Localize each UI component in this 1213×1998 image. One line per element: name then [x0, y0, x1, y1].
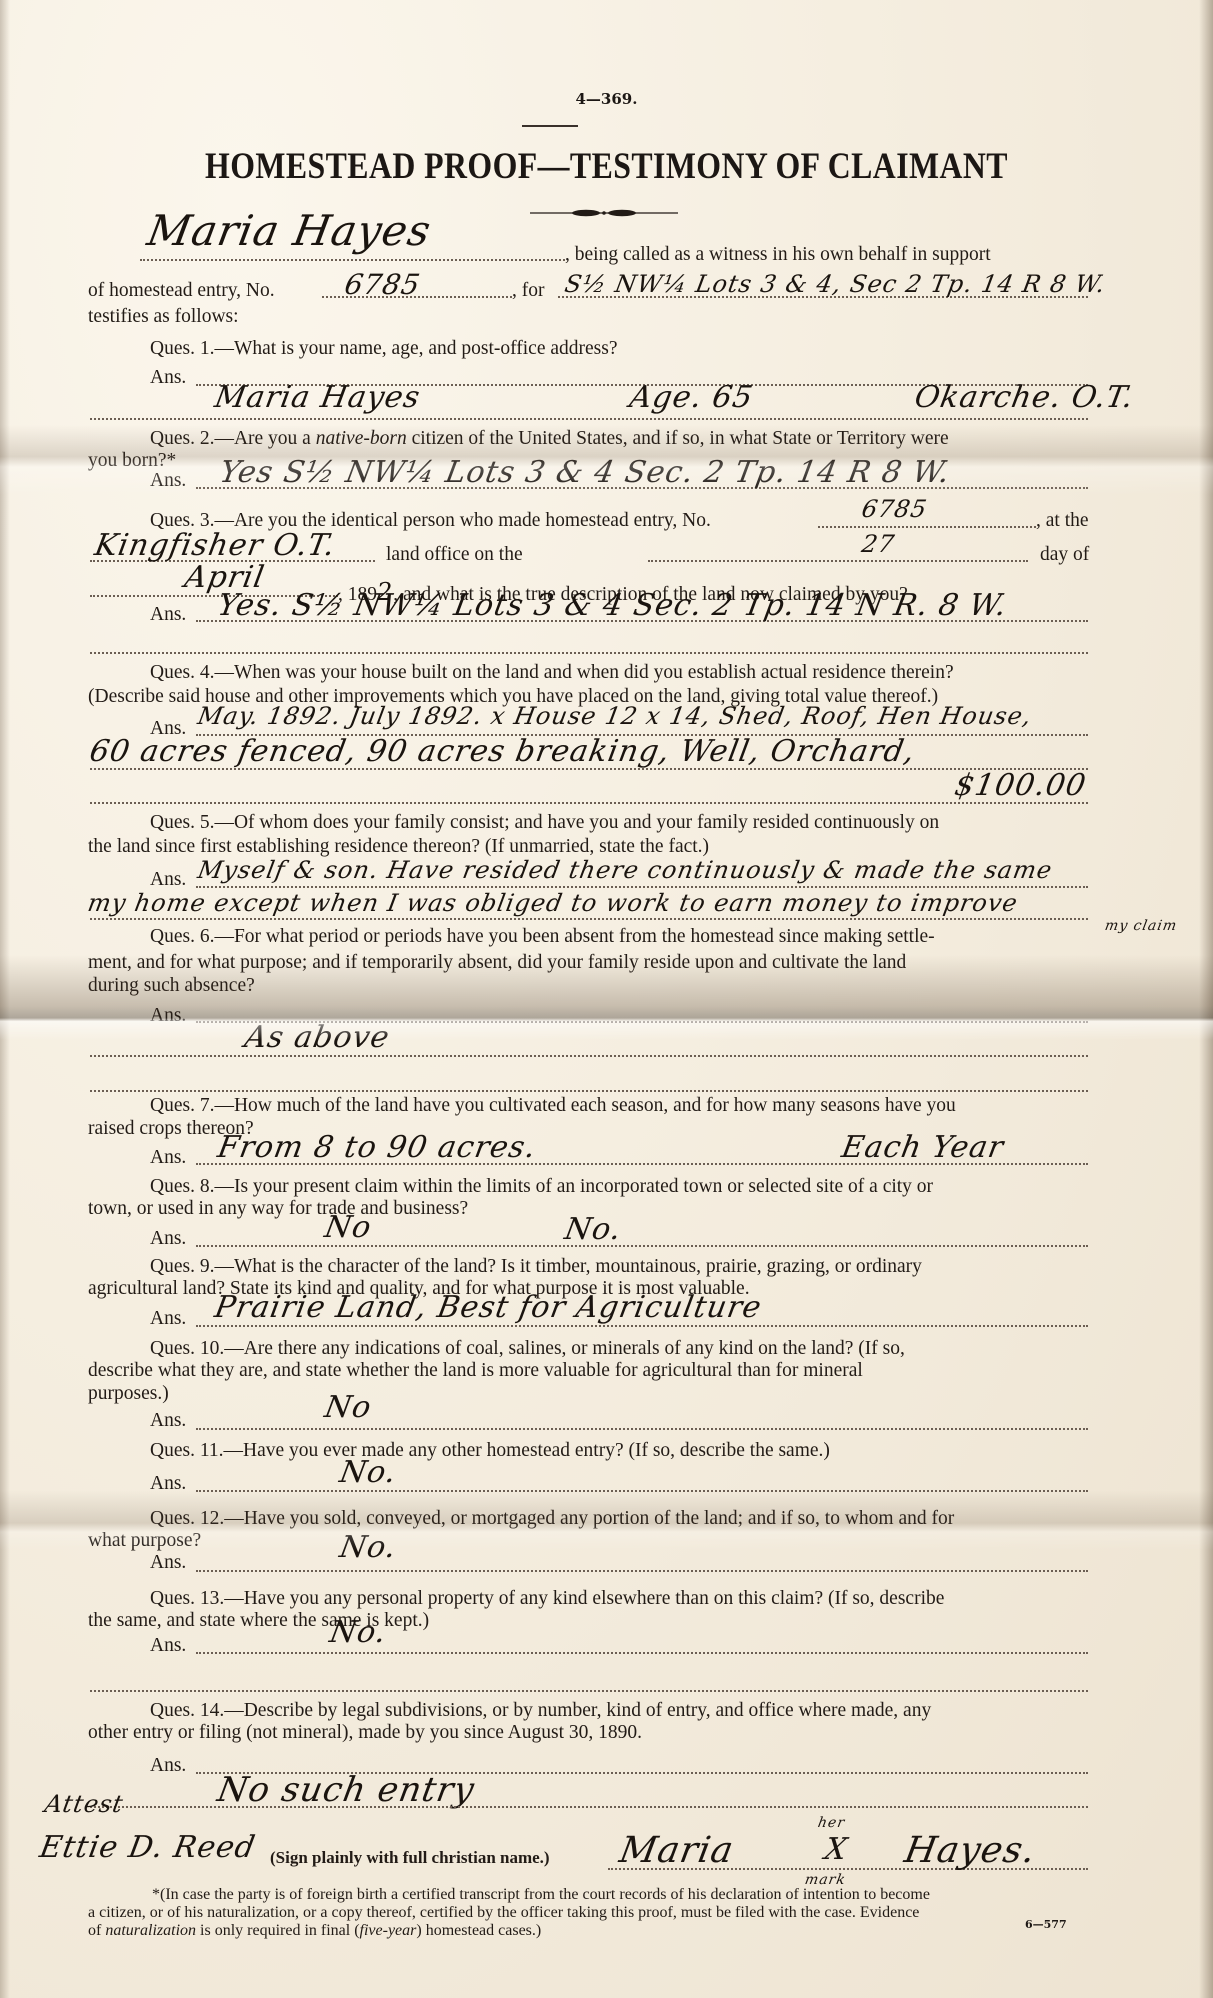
question-14-number: Ques. 14. [150, 1700, 224, 1721]
answer-14-label: Ans. [150, 1755, 186, 1777]
form-number: 4—369. [0, 90, 1213, 108]
question-11-number: Ques. 11. [150, 1440, 223, 1461]
question-10-line2: describe what they are, and state whethe… [88, 1360, 863, 1382]
claimant-signature-first: Maria [616, 1830, 737, 1871]
question-1: Ques. 1.—What is your name, age, and pos… [150, 338, 618, 360]
intro-line3-text: testifies as follows: [88, 306, 239, 328]
question-2: Ques. 2.—Are you a native-born citizen o… [150, 428, 949, 450]
question-9-line1: Ques. 9.—What is the character of the la… [150, 1256, 922, 1278]
paper-edge-right [1199, 0, 1213, 1998]
question-6-line3: during such absence? [88, 975, 255, 997]
answer-6-label: Ans. [150, 1005, 186, 1027]
claimant-name-handwritten: Maria Hayes [144, 206, 435, 255]
answer-3-entry-number: 6785 [860, 495, 930, 523]
question-12-number: Ques. 12. [150, 1508, 224, 1529]
answer-6-line-c [90, 1090, 1088, 1092]
answer-7-acres: From 8 to 90 acres. [215, 1130, 539, 1165]
answer-2-handwritten: Yes S½ NW¼ Lots 3 & 4 Sec. 2 Tp. 14 R 8 … [217, 455, 953, 490]
question-11-line1: Ques. 11.—Have you ever made any other h… [150, 1440, 830, 1462]
question-10-text-1: —Are there any indications of coal, sali… [224, 1338, 905, 1359]
answer-3-land-office: Kingfisher O.T. [92, 528, 338, 563]
paper-edge-left [0, 0, 10, 1998]
answer-13-line-b [90, 1690, 1088, 1692]
question-2-italic: native-born [316, 428, 407, 449]
question-10-line1: Ques. 10.—Are there any indications of c… [150, 1338, 905, 1360]
answer-4-line1: May. 1892. July 1892. x House 12 x 14, S… [196, 702, 1035, 730]
question-7-number: Ques. 7. [150, 1095, 214, 1116]
answer-4-line-c [90, 802, 1088, 804]
answer-12-label: Ans. [150, 1552, 186, 1574]
answer-2-label: Ans. [150, 470, 186, 492]
header-rule [522, 125, 578, 127]
answer-4-value: $100.00 [952, 768, 1089, 803]
footnote-line2: a citizen, or of his naturalization, or … [88, 1904, 919, 1922]
question-7-text-1: —How much of the land have you cultivate… [214, 1095, 955, 1116]
answer-9-handwritten: Prairie Land, Best for Agriculture [212, 1290, 765, 1325]
intro-line1-text: , being called as a witness in his own b… [565, 244, 991, 266]
answer-6-line-b [90, 1055, 1088, 1057]
question-2-number: Ques. 2. [150, 428, 214, 449]
answer-4-line2: 60 acres fenced, 90 acres breaking, Well… [87, 734, 918, 769]
homestead-proof-document: 4—369. HOMESTEAD PROOF—TESTIMONY OF CLAI… [0, 0, 1213, 1998]
question-12-line1: Ques. 12.—Have you sold, conveyed, or mo… [150, 1508, 954, 1530]
answer-6-handwritten: As above [242, 1020, 393, 1055]
answer-1-age: Age. 65 [627, 380, 756, 415]
answer-12-handwritten: No. [337, 1530, 399, 1565]
attest-label: Attest [43, 1790, 126, 1818]
question-4-line1: Ques. 4.—When was your house built on th… [150, 662, 954, 684]
answer-3-label: Ans. [150, 604, 186, 626]
question-4-text-1: —When was your house built on the land a… [214, 662, 953, 683]
intro-line2-prefix: of homestead entry, No. [88, 280, 275, 302]
question-13-text-1: —Have you any personal property of any k… [224, 1588, 944, 1609]
footnote-line3-italic: naturalization [105, 1922, 196, 1939]
question-6-line1: Ques. 6.—For what period or periods have… [150, 926, 935, 948]
answer-3-entry-line [818, 526, 1036, 528]
answer-13-handwritten: No. [327, 1615, 389, 1650]
footer-code: 6—577 [1025, 1918, 1067, 1931]
answer-1-name: Maria Hayes [212, 380, 423, 415]
question-2-text-a: —Are you a [214, 428, 315, 449]
answer-1-line-b [90, 418, 1088, 420]
answer-7-label: Ans. [150, 1147, 186, 1169]
answer-7-seasons: Each Year [839, 1130, 1007, 1165]
entry-number-handwritten: 6785 [342, 268, 423, 301]
answer-8-a: No [322, 1210, 374, 1245]
answer-8-line [196, 1245, 1088, 1247]
question-13-line1: Ques. 13.—Have you any personal property… [150, 1588, 944, 1610]
answer-12-line [196, 1570, 1088, 1572]
question-11-text-1: —Have you ever made any other homestead … [223, 1440, 829, 1461]
answer-11-line [196, 1490, 1088, 1492]
answer-5-line1: Myself & son. Have resided there continu… [196, 856, 1055, 884]
question-6-number: Ques. 6. [150, 926, 214, 947]
question-8-line2: town, or used in any way for trade and b… [88, 1198, 468, 1220]
footnote-line3-b: is only required in final ( [196, 1922, 360, 1939]
answer-14-handwritten: No such entry [214, 1770, 477, 1810]
question-3-text-d: day of [1040, 544, 1089, 566]
question-5-line2: the land since first establishing reside… [88, 836, 709, 858]
answer-3-line-b [90, 652, 1088, 654]
answer-10-handwritten: No [322, 1390, 374, 1425]
intro-line2-mid: , for [512, 280, 545, 302]
question-2-text-b: citizen of the United States, and if so,… [407, 428, 949, 449]
answer-13-line-a [196, 1652, 1088, 1654]
question-3-text-c: land office on the [386, 544, 523, 566]
claimant-name-field-line [140, 259, 565, 261]
answer-8-label: Ans. [150, 1228, 186, 1250]
answer-5-label: Ans. [150, 869, 186, 891]
answer-5-line-a [196, 886, 1088, 888]
question-12-line2: what purpose? [88, 1530, 201, 1552]
answer-3-day: 27 [860, 530, 897, 558]
question-10-number: Ques. 10. [150, 1338, 224, 1359]
footnote-line3: of naturalization is only required in fi… [88, 1922, 541, 1940]
question-7-line1: Ques. 7.—How much of the land have you c… [150, 1095, 956, 1117]
land-description-handwritten: S½ NW¼ Lots 3 & 4, Sec 2 Tp. 14 R 8 W. [563, 270, 1108, 298]
question-5-line1: Ques. 5.—Of whom does your family consis… [150, 812, 939, 834]
question-14-line2: other entry or filing (not mineral), mad… [88, 1722, 642, 1744]
answer-14-line-b [90, 1806, 1088, 1808]
question-10-line3: purposes.) [88, 1383, 169, 1405]
question-5-number: Ques. 5. [150, 812, 214, 833]
question-3-text-b: , at the [1036, 510, 1089, 532]
question-8-text-1: —Is your present claim within the limits… [214, 1176, 933, 1197]
question-5-text-1: —Of whom does your family consist; and h… [214, 812, 939, 833]
question-9-text-1: —What is the character of the land? Is i… [214, 1256, 921, 1277]
question-1-text: —What is your name, age, and post-office… [214, 338, 617, 359]
mark-above: her [817, 1815, 847, 1831]
ornament-divider-icon [530, 208, 678, 218]
question-12-text-1: —Have you sold, conveyed, or mortgaged a… [224, 1508, 954, 1529]
answer-11-handwritten: No. [337, 1455, 399, 1490]
answer-5-insert: my claim [1104, 918, 1179, 934]
answer-10-line [196, 1428, 1088, 1430]
question-8-line1: Ques. 8.—Is your present claim within th… [150, 1176, 933, 1198]
question-9-number: Ques. 9. [150, 1256, 214, 1277]
footnote-line3-italic2: five-year [360, 1922, 417, 1939]
answer-10-label: Ans. [150, 1410, 186, 1432]
question-1-number: Ques. 1. [150, 338, 214, 359]
footnote-line3-c: ) homestead cases.) [416, 1922, 541, 1939]
question-13-number: Ques. 13. [150, 1588, 224, 1609]
page-title: HOMESTEAD PROOF—TESTIMONY OF CLAIMANT [85, 145, 1128, 188]
footnote-line1: *(In case the party is of foreign birth … [152, 1886, 930, 1904]
answer-3-handwritten: Yes. S½ NW¼ Lots 3 & 4 Sec. 2 Tp. 14 N R… [215, 588, 1010, 623]
question-14-text-1: —Describe by legal subdivisions, or by n… [224, 1700, 931, 1721]
answer-9-line [196, 1325, 1088, 1327]
question-14-line1: Ques. 14.—Describe by legal subdivisions… [150, 1700, 931, 1722]
answer-9-label: Ans. [150, 1308, 186, 1330]
sign-instruction: (Sign plainly with full christian name.) [270, 1848, 550, 1868]
question-6-line2: ment, and for what purpose; and if tempo… [88, 952, 906, 974]
signature-mark: X [822, 1832, 851, 1867]
question-8-number: Ques. 8. [150, 1176, 214, 1197]
answer-11-label: Ans. [150, 1473, 186, 1495]
answer-5-line2: my home except when I was obliged to wor… [86, 889, 1021, 917]
answer-5-line-b [90, 918, 1088, 920]
question-6-text-1: —For what period or periods have you bee… [214, 926, 934, 947]
answer-1-label: Ans. [150, 367, 186, 389]
answer-8-b: No. [562, 1212, 624, 1247]
footnote-line3-a: of [88, 1922, 105, 1939]
question-4-number: Ques. 4. [150, 662, 214, 683]
question-2-line2: you born?* [88, 450, 176, 472]
answer-1-post-office: Okarche. O.T. [912, 380, 1137, 415]
answer-13-label: Ans. [150, 1635, 186, 1657]
attest-signature: Ettie D. Reed [37, 1830, 258, 1865]
day-line [648, 560, 1028, 562]
claimant-signature-last: Hayes. [901, 1830, 1039, 1871]
